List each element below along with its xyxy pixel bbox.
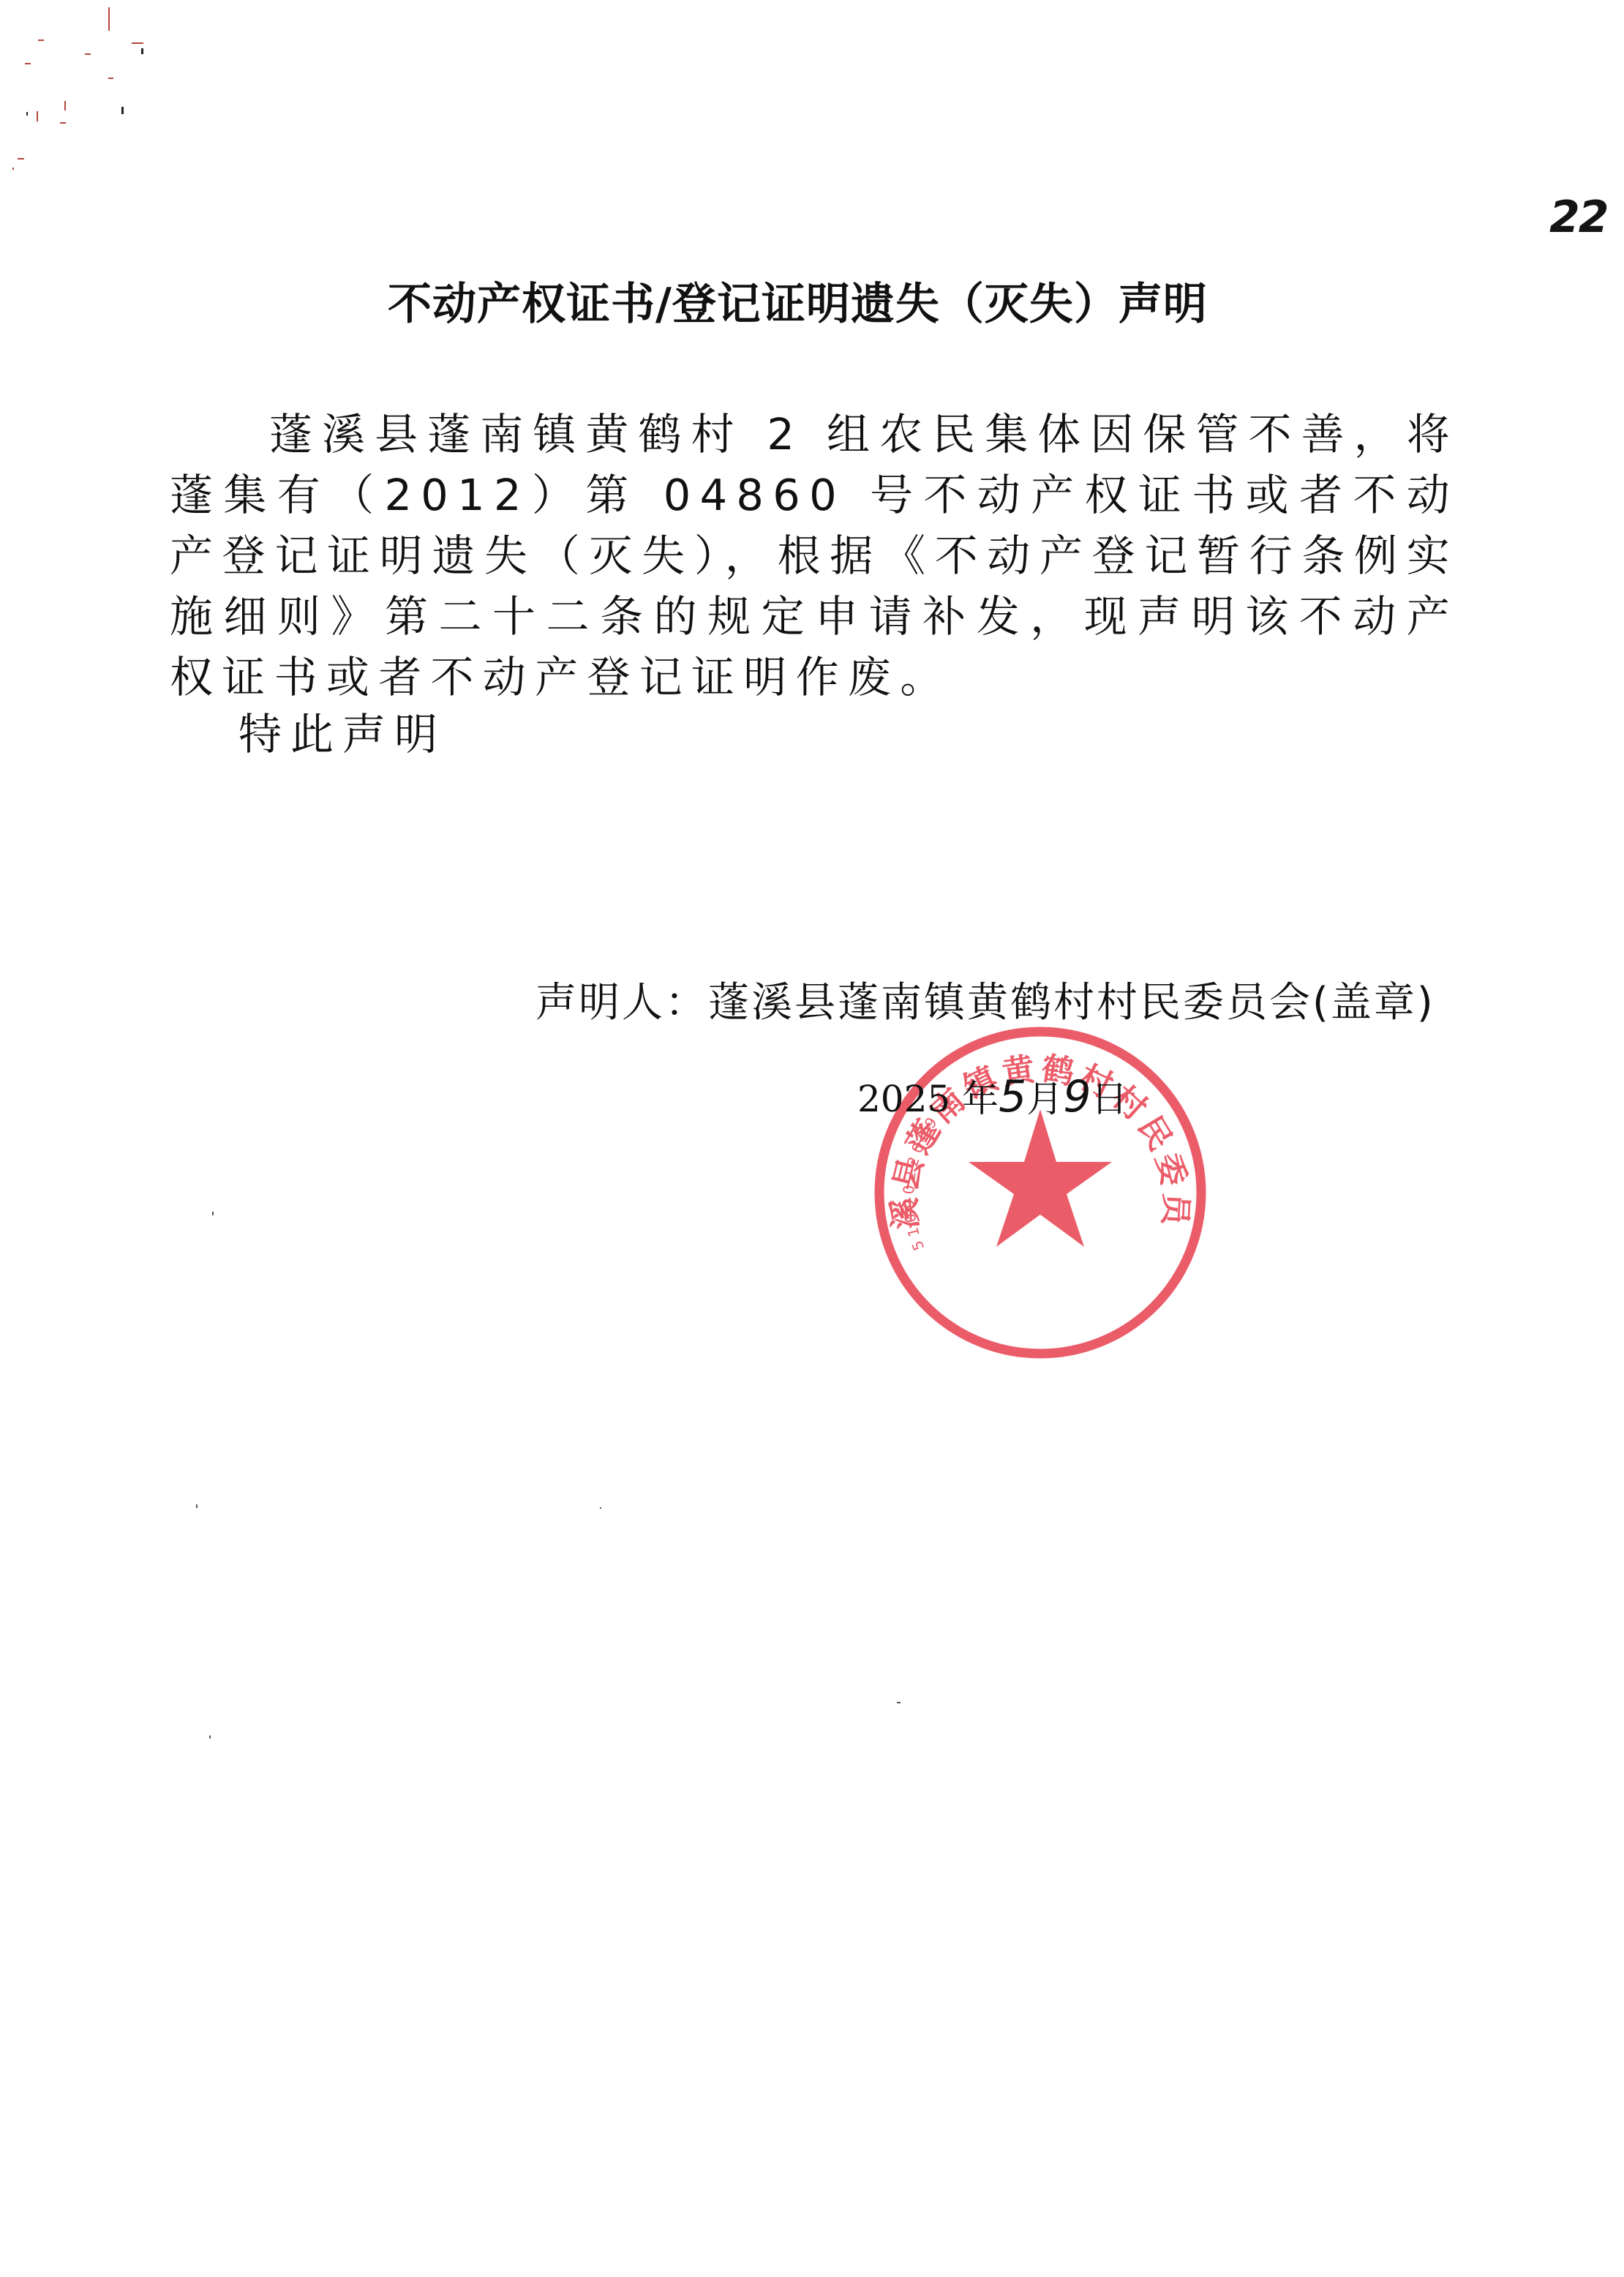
signatory-line: 声明人：蓬溪县蓬南镇黄鹤村村民委员会(盖章) [535,970,1435,1029]
seal-star-icon [969,1109,1112,1247]
closing-phrase: 特此声明 [238,699,446,762]
date-month: 5 [999,1071,1026,1122]
signatory-note: (盖章) [1312,979,1435,1027]
page-number: 22 [1549,192,1608,243]
scan-speck [209,1736,211,1738]
declaration-body: 蓬溪县蓬南镇黄鹤村 2 组农民集体因保管不善，将蓬集有（2012）第 04860… [170,404,1459,708]
date-day: 9 [1063,1071,1091,1122]
scan-speck [897,1702,901,1703]
date-day-suffix: 日 [1091,1078,1128,1120]
scan-speck [600,1507,601,1509]
scan-artifacts [0,0,183,183]
date-month-suffix: 月 [1026,1078,1063,1120]
signatory-label: 声明人： [535,979,708,1027]
document-title: 不动产权证书/登记证明遗失（灭失）声明 [388,269,1339,332]
date-year-suffix: 年 [950,1078,999,1120]
declaration-date: 2025 年5月9日 [857,1070,1128,1122]
signatory-name: 蓬溪县蓬南镇黄鹤村村民委员会 [708,979,1312,1027]
scan-speck [196,1504,198,1508]
date-year: 2025 [857,1078,950,1120]
scan-speck [212,1212,214,1215]
